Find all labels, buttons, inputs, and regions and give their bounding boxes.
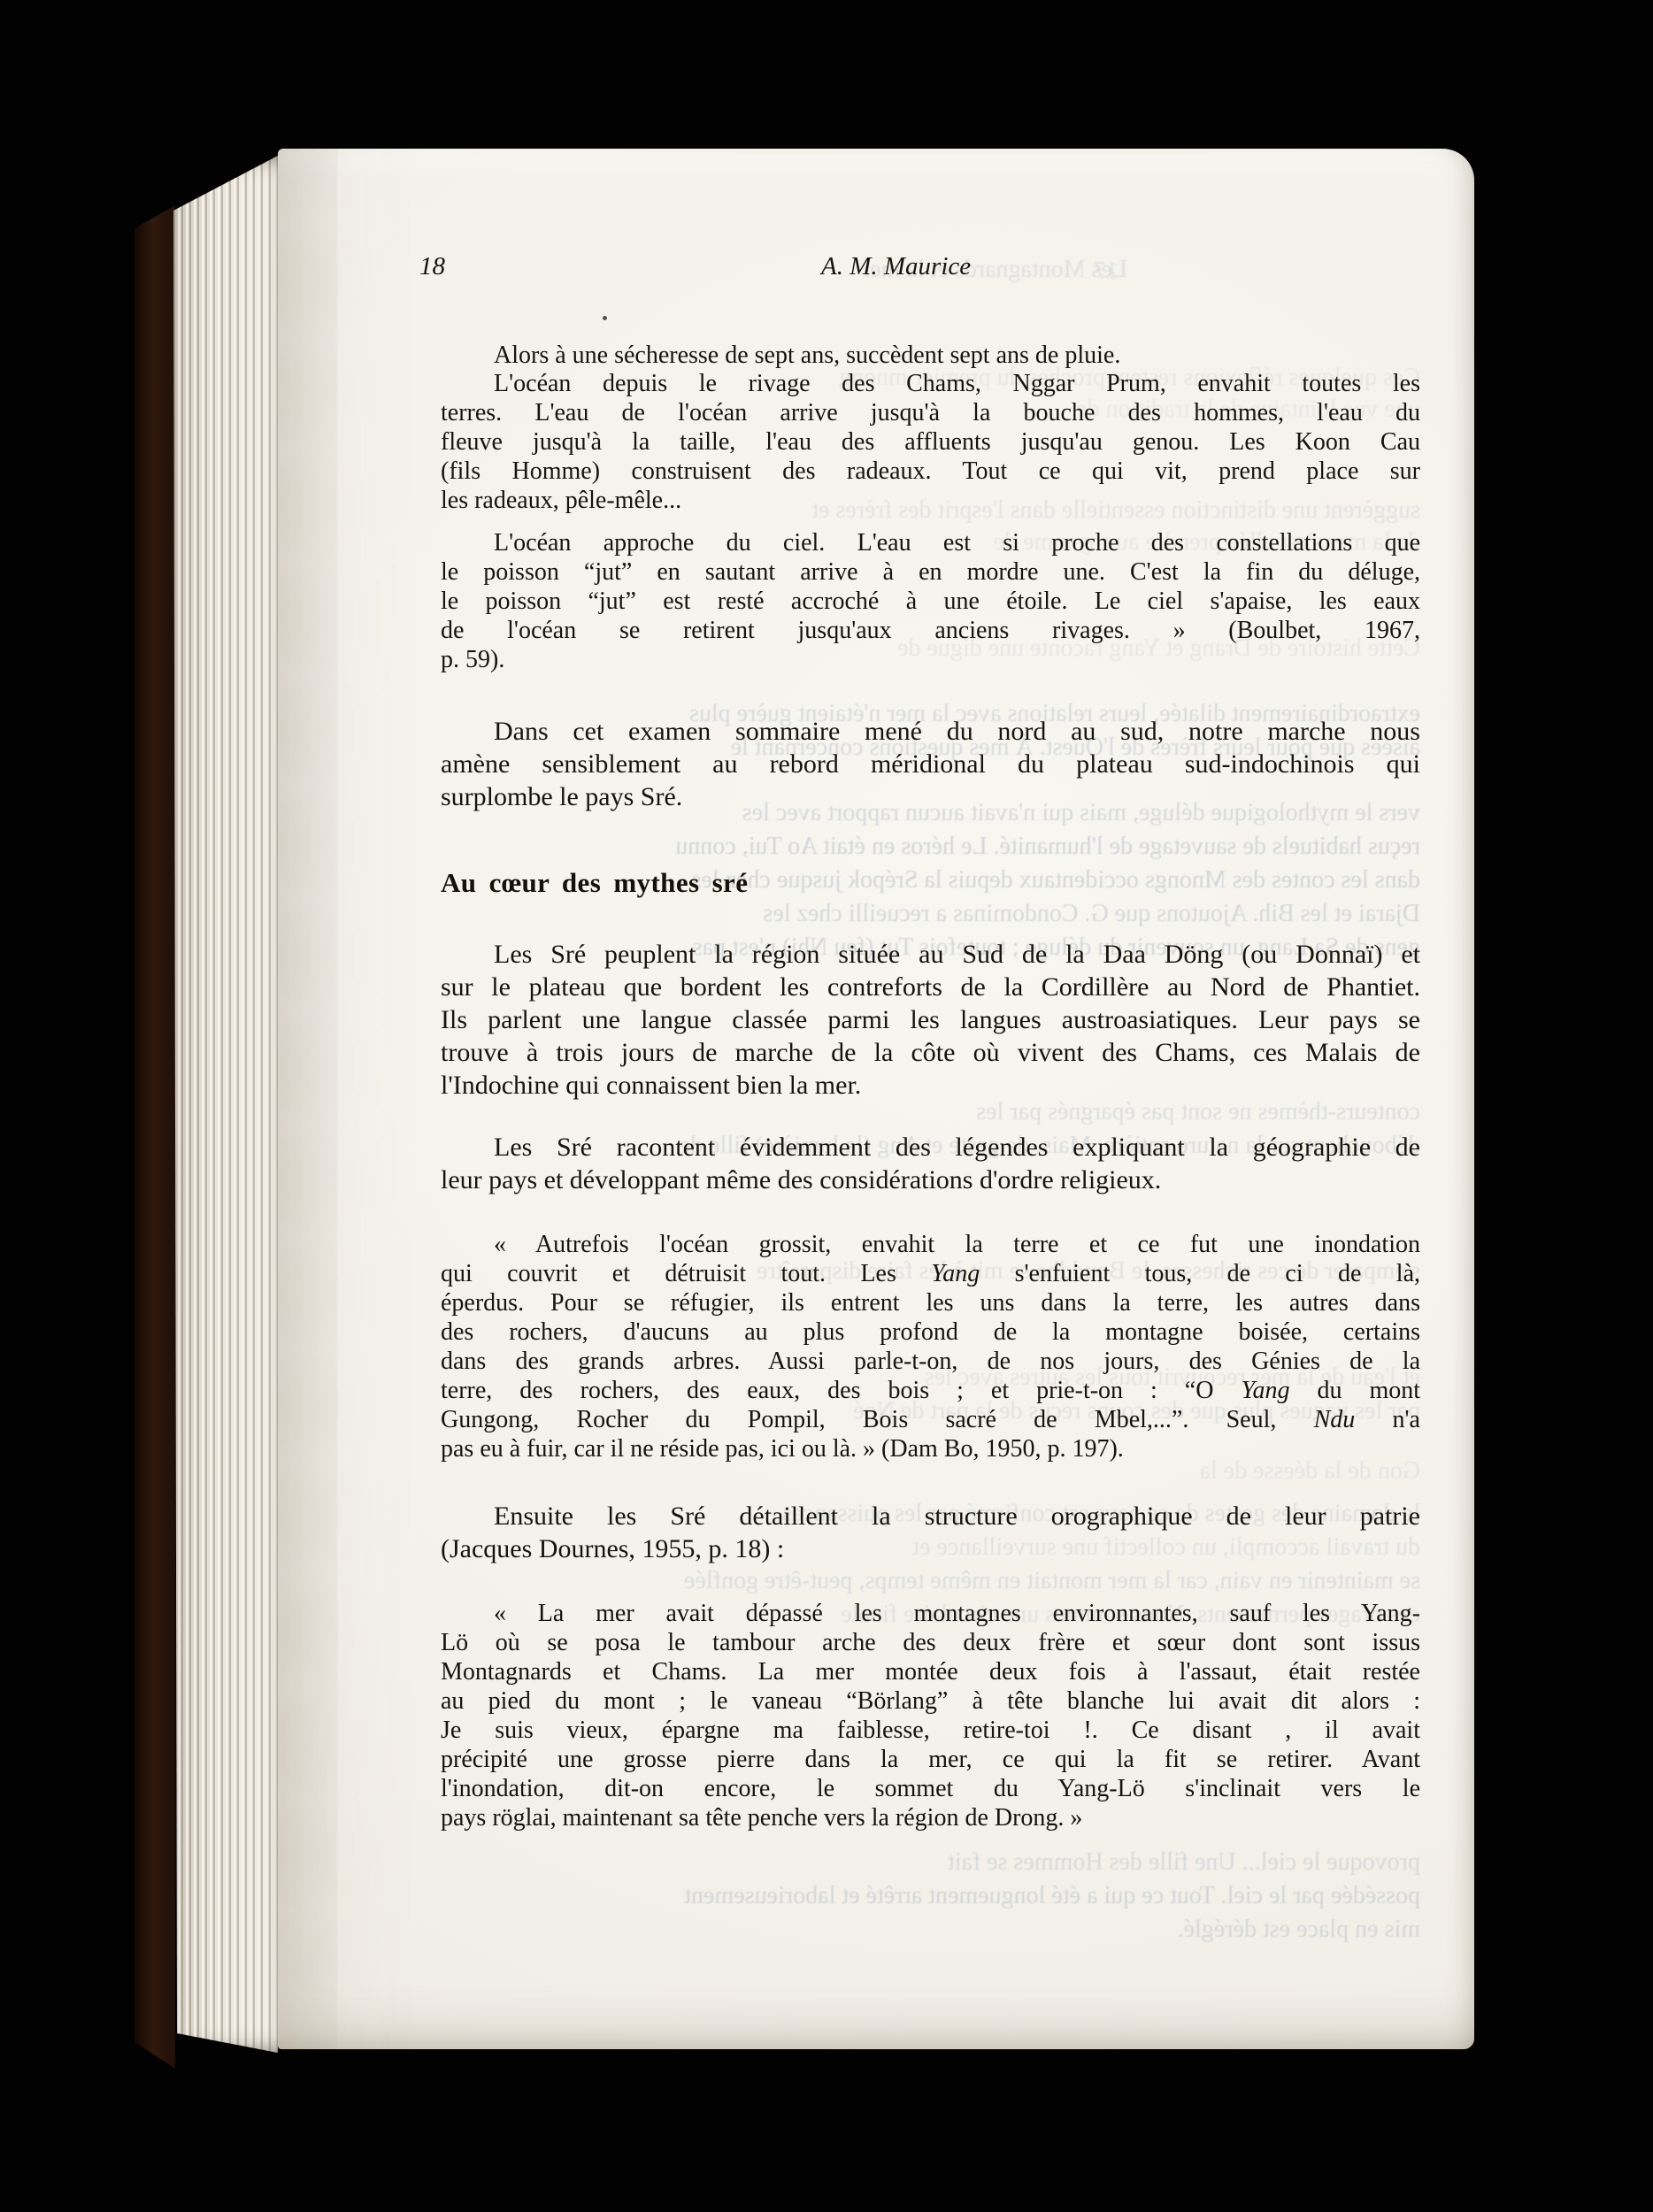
page-text: 18 A. M. Maurice Au cœur des mythes sré …: [278, 149, 1474, 2049]
text-line: Je suis vieux, épargne ma faiblesse, ret…: [441, 1716, 1420, 1745]
scanned-book-photo: { "document": { "page_number": "18", "ru…: [0, 0, 1653, 2212]
book-cover-edge: [135, 205, 175, 2069]
text-line: l'Indochine qui connaissent bien la mer.: [441, 1069, 1420, 1102]
text-line: le poisson “jut” est resté accroché à un…: [441, 587, 1420, 616]
text-line: amène sensiblement au rebord méridional …: [441, 748, 1420, 780]
text-line: qui couvrit et détruisit tout. Les Yang …: [441, 1259, 1420, 1288]
text-line: Montagnards et Chams. La mer montée deux…: [441, 1657, 1420, 1686]
text-line: Gungong, Rocher du Pompil, Bois sacré de…: [441, 1405, 1420, 1434]
text-line: éperdus. Pour se réfugier, ils entrent l…: [441, 1288, 1420, 1317]
paragraph: Dans cet examen sommaire mené du nord au…: [441, 715, 1420, 813]
text-line: Ensuite les Sré détaillent la structure …: [441, 1500, 1420, 1532]
text-line: fleuve jusqu'à la taille, l'eau des affl…: [441, 427, 1420, 457]
quote-block: L'océan depuis le rivage des Chams, Ngga…: [441, 369, 1420, 515]
text-line: des rochers, d'aucuns au plus profond de…: [441, 1317, 1420, 1347]
text-line: p. 59).: [441, 645, 1420, 674]
text-line: Alors à une sécheresse de sept ans, succ…: [441, 341, 1420, 370]
text-line: sur le plateau que bordent les contrefor…: [441, 971, 1420, 1003]
text-line: précipité une grosse pierre dans la mer,…: [441, 1745, 1420, 1774]
paragraph: Les Sré peuplent la région située au Sud…: [441, 938, 1420, 1102]
text-line: Ils parlent une langue classée parmi les…: [441, 1003, 1420, 1036]
text-line: dans des grands arbres. Aussi parle-t-on…: [441, 1347, 1420, 1376]
page-stack-edge: [173, 156, 278, 2055]
text-line: « Autrefois l'océan grossit, envahit la …: [441, 1230, 1420, 1259]
text-line: L'océan depuis le rivage des Chams, Ngga…: [441, 369, 1420, 398]
paragraph: Ensuite les Sré détaillent la structure …: [441, 1500, 1420, 1565]
text-line: trouve à trois jours de marche de la côt…: [441, 1036, 1420, 1069]
quote-block: « Autrefois l'océan grossit, envahit la …: [441, 1230, 1420, 1463]
text-line: Dans cet examen sommaire mené du nord au…: [441, 715, 1420, 748]
text-line: L'océan approche du ciel. L'eau est si p…: [441, 528, 1420, 557]
page-number: 18: [419, 251, 445, 281]
text-line: de l'océan se retirent jusqu'aux anciens…: [441, 616, 1420, 645]
text-line: pas eu à fuir, car il ne réside pas, ici…: [441, 1434, 1420, 1463]
quote-block: Alors à une sécheresse de sept ans, succ…: [441, 341, 1420, 370]
section-heading: Au cœur des mythes sré: [441, 867, 1420, 899]
text-line: Les Sré peuplent la région située au Sud…: [441, 938, 1420, 971]
text-line: surplombe le pays Sré.: [441, 780, 1420, 813]
paragraph: Les Sré racontent évidemment des légende…: [441, 1131, 1420, 1196]
text-line: (fils Homme) construisent des radeaux. T…: [441, 457, 1420, 486]
book-page: Les Montagnards et la mer17Ces quelques …: [278, 149, 1474, 2049]
text-line: terre, des rochers, des eaux, des bois ;…: [441, 1376, 1420, 1405]
text-line: Les Sré racontent évidemment des légende…: [441, 1131, 1420, 1164]
text-line: le poisson “jut” en sautant arrive à en …: [441, 557, 1420, 587]
quote-block: L'océan approche du ciel. L'eau est si p…: [441, 528, 1420, 674]
text-line: les radeaux, pêle-mêle...: [441, 486, 1420, 515]
text-line: leur pays et développant même des consid…: [441, 1164, 1420, 1196]
text-line: pays röglai, maintenant sa tête penche v…: [441, 1803, 1420, 1832]
text-line: Lö où se posa le tambour arche des deux …: [441, 1628, 1420, 1657]
text-line: terres. L'eau de l'océan arrive jusqu'à …: [441, 398, 1420, 427]
text-line: l'inondation, dit-on encore, le sommet d…: [441, 1774, 1420, 1803]
text-line: « La mer avait dépassé les montagnes env…: [441, 1599, 1420, 1628]
running-title: A. M. Maurice: [821, 251, 971, 281]
text-line: au pied du mont ; le vaneau “Börlang” à …: [441, 1686, 1420, 1716]
text-line: (Jacques Dournes, 1955, p. 18) :: [441, 1532, 1420, 1565]
quote-block: « La mer avait dépassé les montagnes env…: [441, 1599, 1420, 1832]
